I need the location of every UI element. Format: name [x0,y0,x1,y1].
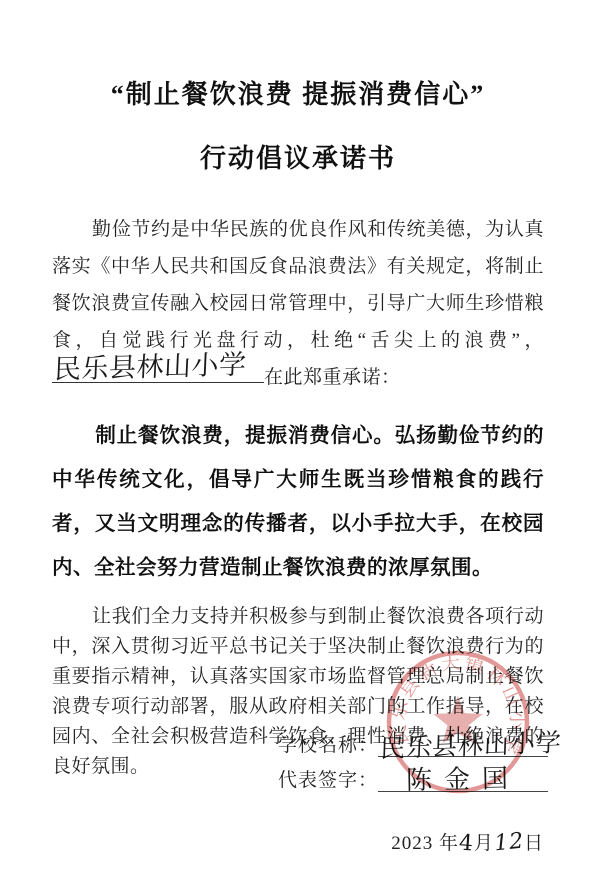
date-year: 2023 年 [391,833,459,854]
document-content: “制止餐饮浪费 提振消费信心” 行动倡议承诺书 勤俭节约是中华民族的优良作风和传… [52,0,544,782]
representative-label: 代表签字： [278,765,378,792]
signature-block: 学校名称： 民乐县林山小学 代表签字： 陈金国 [278,722,548,792]
opening-paragraph-text: 勤俭节约是中华民族的优良作风和传统美德，为认真落实《中华人民共和国反食品浪费法》… [52,219,544,351]
opening-paragraph-closing: 在此郑重承诺： [264,367,401,388]
opening-paragraph: 勤俭节约是中华民族的优良作风和传统美德，为认真落实《中华人民共和国反食品浪费法》… [52,211,544,396]
pledge-document-page: “制止餐饮浪费 提振消费信心” 行动倡议承诺书 勤俭节约是中华民族的优良作风和传… [0,0,591,886]
handwritten-date-month: 4 [458,831,475,857]
handwritten-date-day: 12 [493,828,526,857]
date-line: 2023 年4月12日 [0,828,544,855]
date-day-unit: 日 [524,833,544,854]
document-title-line1: “制止餐饮浪费 提振消费信心” [52,74,544,111]
school-name-line: 民乐县林山小学 [378,721,548,757]
handwritten-representative-signature: 陈金国 [406,758,521,797]
representative-line: 陈金国 [378,756,548,792]
school-name-blank-line: 民乐县林山小学 [52,362,264,383]
document-title-line2: 行动倡议承诺书 [52,138,544,175]
handwritten-school-name-inline: 民乐县林山小学 [53,346,247,388]
school-name-label: 学校名称： [278,730,378,757]
date-month-unit: 月 [474,833,494,854]
school-name-row: 学校名称： 民乐县林山小学 [278,722,548,757]
representative-row: 代表签字： 陈金国 [278,757,548,792]
commitment-paragraph: 制止餐饮浪费，提振消费信心。弘扬勤俭节约的中华传统文化，倡导广大师生既当珍惜粮食… [52,414,544,590]
